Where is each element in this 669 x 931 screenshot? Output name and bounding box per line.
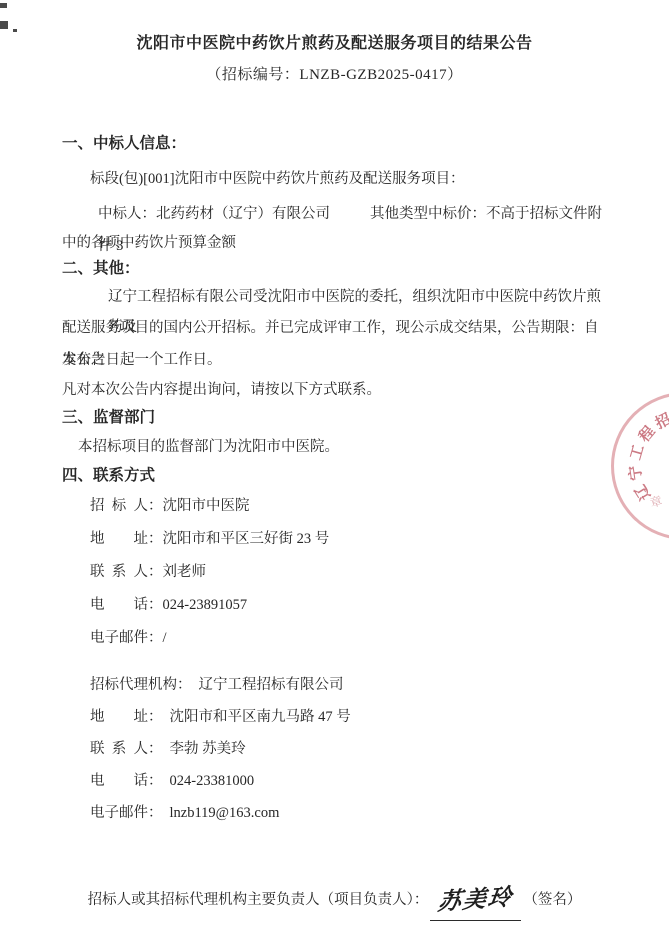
signature-suffix: （签名） bbox=[523, 892, 581, 908]
contact-value: 李勃 苏美玲 bbox=[170, 741, 246, 757]
contact-row: 地 址：沈阳市和平区南九马路 47 号 bbox=[62, 701, 607, 733]
contact-row: 电子邮件：/ bbox=[62, 622, 607, 655]
handwritten-signature: 苏美玲 bbox=[437, 885, 515, 915]
section-3-heading: 三、监督部门 bbox=[62, 404, 607, 432]
official-seal: 辽 宁 工 程 招 章 bbox=[611, 392, 669, 540]
contact-row: 联 系 人：刘老师 bbox=[62, 556, 607, 589]
seal-inner-char: 章 bbox=[648, 492, 664, 512]
section-1-heading: 一、中标人信息： bbox=[62, 128, 607, 160]
section-1-winner-line: 中标人：北药药材（辽宁）有限公司其他类型中标价：不高于招标文件附件 3 bbox=[62, 198, 607, 230]
contact-label: 地 址： bbox=[90, 531, 163, 547]
contact-row: 联 系 人：李勃 苏美玲 bbox=[62, 733, 607, 765]
contact-label: 地 址： bbox=[90, 709, 163, 725]
contact-row: 地 址：沈阳市和平区三好街 23 号 bbox=[62, 523, 607, 556]
contact-label: 招标代理机构： bbox=[90, 677, 192, 693]
section-2-paragraph-line: 辽宁工程招标有限公司受沈阳市中医院的委托，组织沈阳市中医院中药饮片煎药及 bbox=[62, 282, 607, 312]
contact-value: 024-23381000 bbox=[170, 773, 255, 789]
contact-value: 辽宁工程招标有限公司 bbox=[199, 677, 344, 693]
contact-value: 沈阳市和平区南九马路 47 号 bbox=[170, 709, 351, 725]
scan-artifact bbox=[0, 21, 8, 29]
contact-value: lnzb119@163.com bbox=[170, 805, 280, 821]
section-3-body: 本招标项目的监督部门为沈阳市中医院。 bbox=[62, 432, 607, 462]
contact-row: 招标代理机构：辽宁工程招标有限公司 bbox=[62, 669, 607, 701]
contact-row: 电 话：024-23381000 bbox=[62, 765, 607, 797]
scan-artifact bbox=[0, 3, 7, 8]
contact-label: 电 话： bbox=[90, 773, 163, 789]
contact-label: 电子邮件： bbox=[90, 805, 163, 821]
signature-underline: 苏美玲 bbox=[430, 880, 521, 921]
section-1-lot-line: 标段(包)[001]沈阳市中医院中药饮片煎药及配送服务项目： bbox=[62, 160, 607, 198]
contact-value: / bbox=[163, 630, 167, 646]
tenderer-contact-block: 招 标 人：沈阳市中医院 地 址：沈阳市和平区三好街 23 号 联 系 人：刘老… bbox=[62, 490, 607, 655]
contact-value: 沈阳市中医院 bbox=[163, 498, 250, 514]
section-2-paragraph-line: 配送服务项目的国内公开招标。并已完成评审工作，现公示成交结果，公告期限：自本公告 bbox=[62, 312, 607, 344]
announcement-page: 沈阳市中医院中药饮片煎药及配送服务项目的结果公告 （招标编号：LNZB-GZB2… bbox=[0, 0, 669, 931]
seal-arc-char: 宁 bbox=[626, 463, 646, 483]
signature-label: 招标人或其招标代理机构主要负责人（项目负责人）： bbox=[88, 892, 429, 908]
section-1-continuation-line: 中的各项中药饮片预算金额 bbox=[62, 230, 607, 256]
contact-label: 招 标 人： bbox=[90, 498, 163, 514]
contact-value: 刘老师 bbox=[163, 564, 207, 580]
contact-label: 联 系 人： bbox=[90, 741, 163, 757]
contact-value: 024-23891057 bbox=[163, 597, 248, 613]
agency-contact-block: 招标代理机构：辽宁工程招标有限公司 地 址：沈阳市和平区南九马路 47 号 联 … bbox=[62, 669, 607, 829]
contact-label: 联 系 人： bbox=[90, 564, 163, 580]
section-2-heading: 二、其他： bbox=[62, 256, 607, 282]
contact-label: 电子邮件： bbox=[90, 630, 163, 646]
contact-row: 招 标 人：沈阳市中医院 bbox=[62, 490, 607, 523]
contact-row: 电 话：024-23891057 bbox=[62, 589, 607, 622]
document-body: 一、中标人信息： 标段(包)[001]沈阳市中医院中药饮片煎药及配送服务项目： … bbox=[62, 128, 607, 829]
winner-name: 中标人：北药药材（辽宁）有限公司 bbox=[98, 206, 330, 222]
signature-line: 招标人或其招标代理机构主要负责人（项目负责人）：苏美玲（签名） bbox=[0, 880, 669, 920]
contact-row: 电子邮件：lnzb119@163.com bbox=[62, 797, 607, 829]
document-subtitle: （招标编号：LNZB-GZB2025-0417） bbox=[0, 63, 669, 84]
contact-value: 沈阳市和平区三好街 23 号 bbox=[163, 531, 330, 547]
section-2-contact-note: 凡对本次公告内容提出询问，请按以下方式联系。 bbox=[62, 376, 607, 404]
contact-label: 电 话： bbox=[90, 597, 163, 613]
document-title: 沈阳市中医院中药饮片煎药及配送服务项目的结果公告 bbox=[0, 30, 669, 53]
section-4-heading: 四、联系方式 bbox=[62, 462, 607, 490]
section-2-paragraph-line: 发布之日起一个工作日。 bbox=[62, 344, 607, 376]
